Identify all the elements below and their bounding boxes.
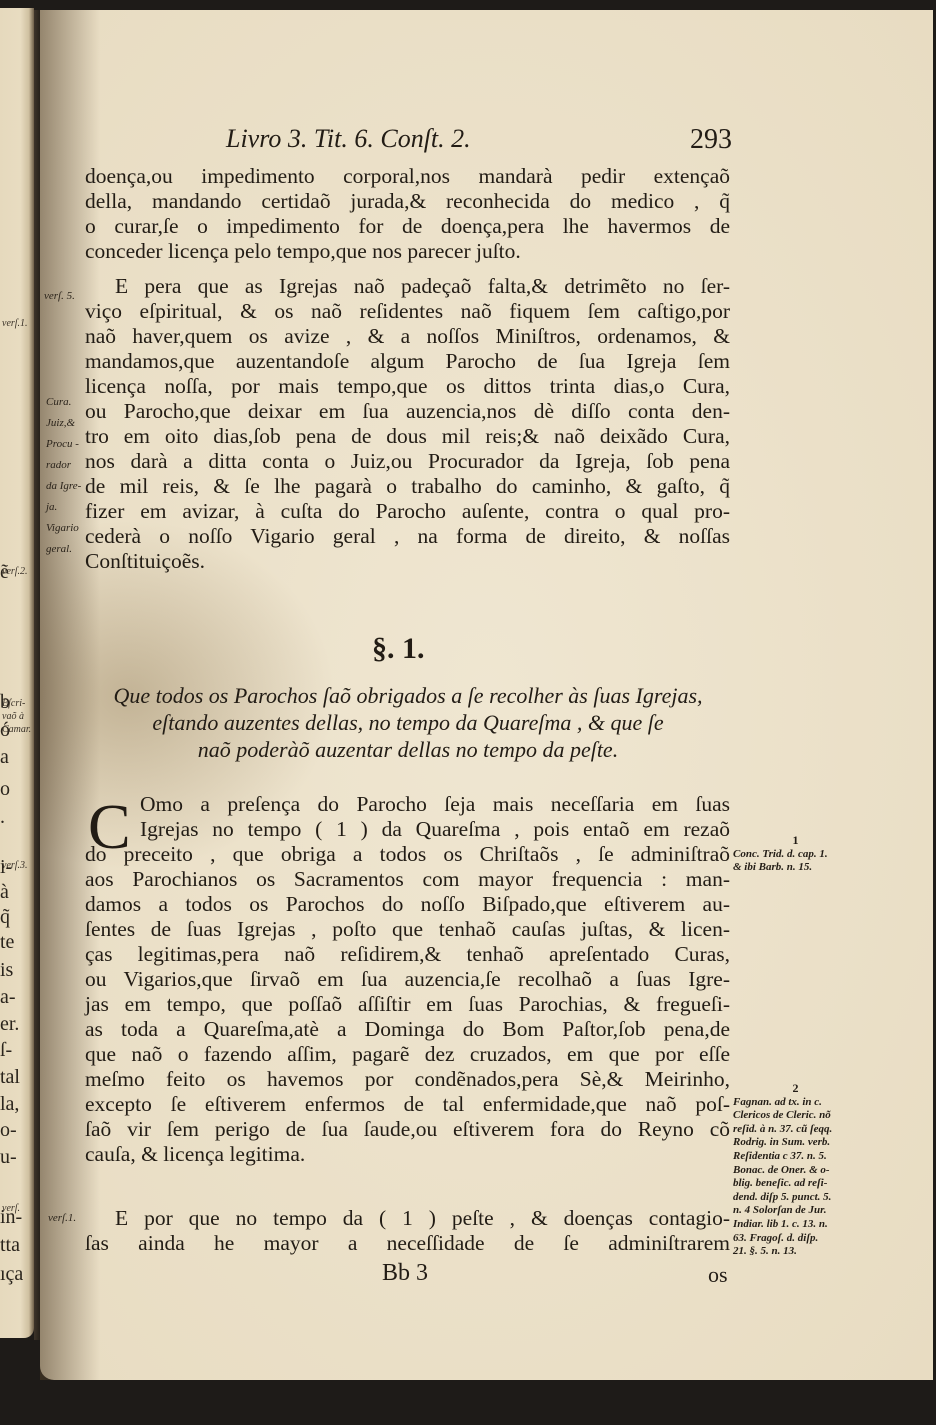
text-line: conceder licença pelo tempo,que nos pare…: [85, 239, 730, 264]
text-line: naõ haver,quem os avize , & a noſſos Min…: [85, 324, 730, 349]
text-line: nos darà a ditta conta o Juiz,ou Procura…: [85, 449, 730, 474]
text-line: ças legitimas,pera naõ reſidirem,& tenha…: [85, 942, 730, 967]
previous-page-fragment: er.: [0, 1012, 34, 1037]
margin-note-cura: Cura. Juiz,& Procu - rador da Igre- ja. …: [46, 392, 81, 560]
section-mark: §. 1.: [372, 632, 425, 666]
text-line: excepto ſe eſtiverem enfermos de tal enf…: [85, 1092, 730, 1117]
text-line: de mil reis, & ſe lhe pagarà o trabalho …: [85, 474, 730, 499]
printer-signature-mark: Bb 3: [382, 1260, 428, 1287]
previous-page-fragment: à: [0, 880, 34, 905]
text-line: E pera que as Igrejas naõ padeçaõ falta,…: [85, 274, 730, 299]
previous-page-fragment: u-: [0, 1145, 34, 1170]
previous-page-fragment: o: [0, 777, 34, 802]
previous-page-fragment: a: [0, 745, 34, 770]
page-number: 293: [690, 124, 732, 156]
text-line: o curar,ſe o impedimento for de doença,p…: [85, 214, 730, 239]
marginal-reference-2: 2 Fagnan. ad tx. in c. Clericos de Cleri…: [733, 1082, 858, 1259]
text-line: damos a todos os Parochos do noſſo Biſpa…: [85, 892, 730, 917]
previous-page-fragment: .: [0, 805, 34, 830]
text-line: viço eſpiritual, & os naõ reſidentes naõ…: [85, 299, 730, 324]
text-line: della, mandando certidaõ jurada,& reconh…: [85, 189, 730, 214]
reference-number: 2: [733, 1082, 858, 1096]
previous-page-fragment: o-: [0, 1118, 34, 1143]
text-line: Igrejas no tempo ( 1 ) da Quareſma , poi…: [85, 817, 730, 842]
text-line: fizer em avizar, à cuſta do Parocho auſe…: [85, 499, 730, 524]
text-line: ſentes de ſuas Igrejas , poſto que tenha…: [85, 917, 730, 942]
text-line: aos Parochianos os Sacramentos com mayor…: [85, 867, 730, 892]
paragraph-lent: Omo a preſença do Parocho ſeja mais nece…: [85, 792, 730, 1167]
text-line: ſaõ vir ſem perigo de ſua ſaude,ou eſtiv…: [85, 1117, 730, 1142]
paragraph-plague: E por que no tempo da ( 1 ) peſte , & do…: [85, 1206, 730, 1256]
previous-page-fragment: is: [0, 958, 34, 983]
text-line: cauſa, & licença legitima.: [85, 1142, 730, 1167]
previous-page-fragment: tta: [0, 1233, 34, 1258]
text-line: meſmo feito os havemos por condẽnados,pe…: [85, 1067, 730, 1092]
previous-page-fragment: ıça: [0, 1262, 34, 1287]
text-line: doença,ou impedimento corporal,nos manda…: [85, 164, 730, 189]
text-line: mandamos,que auzentandoſe algum Parocho …: [85, 349, 730, 374]
text-line: licença noſſa, por mais tempo,que os dit…: [85, 374, 730, 399]
previous-page-fragment: la,: [0, 1092, 34, 1117]
text-line: ſas ainda he mayor a neceſſidade de ſe a…: [85, 1231, 730, 1256]
paragraph-verse-5: E pera que as Igrejas naõ padeçaõ falta,…: [85, 274, 730, 574]
text-line: Omo a preſença do Parocho ſeja mais nece…: [85, 792, 730, 817]
previous-page-fragment: te: [0, 930, 34, 955]
previous-page-margin-note: verſ.: [2, 1203, 20, 1214]
previous-page-margin-note: verſ.1.: [2, 318, 28, 329]
text-line: cederà o noſſo Vigario geral , na forma …: [85, 524, 730, 549]
previous-page-fragment: tal: [0, 1065, 34, 1090]
rubric-line: Que todos os Parochos ſaõ obrigados a ſe…: [88, 682, 728, 709]
previous-page-margin-note: Camar.: [2, 724, 31, 735]
marginal-reference-1: 1 Conc. Trid. d. cap. 1. & ibi Barb. n. …: [733, 834, 858, 875]
text-line: Conſtituiçoẽs.: [85, 549, 730, 574]
reference-number: 1: [733, 834, 858, 848]
previous-page-fragment: ſ-: [0, 1038, 34, 1063]
text-line: tro em oito dias,ſob pena de dous mil re…: [85, 424, 730, 449]
previous-page-margin-note: verſ.3.: [2, 860, 28, 871]
section-rubric: Que todos os Parochos ſaõ obrigados a ſe…: [88, 682, 728, 763]
paragraph-continuation: doença,ou impedimento corporal,nos manda…: [85, 164, 730, 264]
margin-note-verse-1: verſ.1.: [48, 1212, 76, 1225]
text-line: que naõ o fazendo aſſim, pagarẽ dez cruz…: [85, 1042, 730, 1067]
rubric-line: eſtando auzentes dellas, no tempo da Qua…: [88, 709, 728, 736]
text-line: ou Vigarios,que ſirvaõ em ſua auzencia,ſ…: [85, 967, 730, 992]
text-line: ou Parocho,que deixar em ſua auzencia,no…: [85, 399, 730, 424]
text-line: as toda a Quareſma,atè a Dominga do Bom …: [85, 1017, 730, 1042]
catchword: os: [708, 1262, 728, 1288]
previous-page-edge: ẽbóao.i-àq̃teisa-er.ſ-talla,o-u-in-ttaıç…: [0, 8, 34, 1338]
rubric-line: naõ poderàõ auzentar dellas no tempo da …: [88, 736, 728, 763]
text-line: do preceito , que obriga a todos os Chri…: [85, 842, 730, 867]
previous-page-margin-note: verſ.2.: [2, 566, 28, 577]
previous-page-fragment: q̃: [0, 905, 34, 930]
running-title: Livro 3. Tit. 6. Conſt. 2.: [226, 124, 471, 154]
text-line: E por que no tempo da ( 1 ) peſte , & do…: [85, 1206, 730, 1231]
previous-page-fragment: a-: [0, 985, 34, 1010]
running-header: Livro 3. Tit. 6. Conſt. 2. 293: [226, 124, 738, 164]
text-line: jas em tempo, que poſſaõ aſſiſtir em ſua…: [85, 992, 730, 1017]
previous-page-margin-note: Eſcri-: [2, 698, 25, 709]
margin-note-verse-5: verſ. 5.: [44, 290, 75, 303]
previous-page-margin-note: vaõ à: [2, 711, 24, 722]
